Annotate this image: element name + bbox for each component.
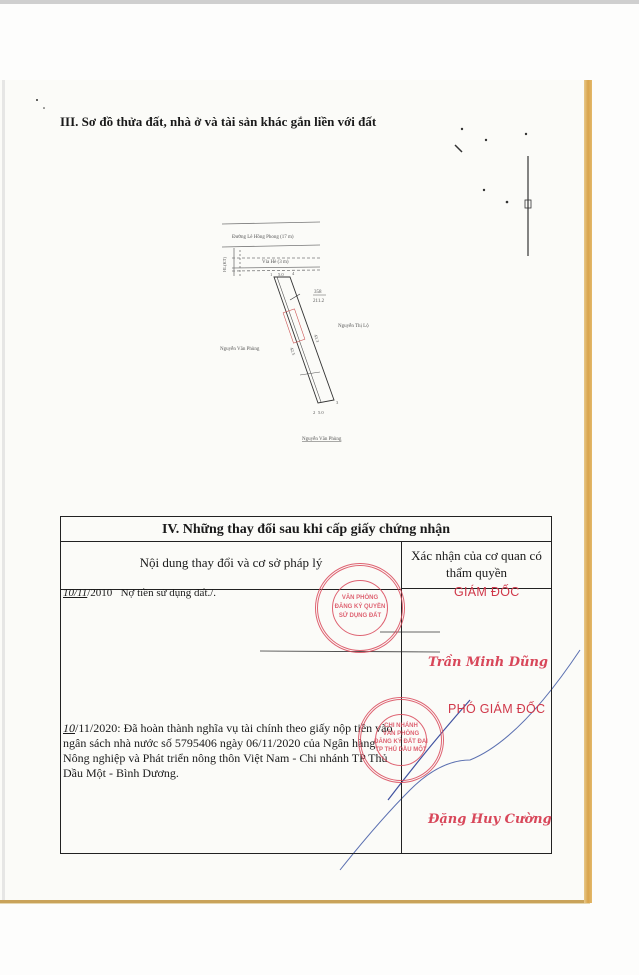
page-left-edge [2, 80, 5, 900]
section-3-title: III. Sơ đồ thửa đất, nhà ở và tài sản kh… [60, 114, 376, 130]
top-bar [0, 0, 639, 4]
signer-name-1: Trần Minh Dũng [428, 655, 548, 670]
changes-table: IV. Những thay đổi sau khi cấp giấy chứn… [60, 516, 552, 854]
change-entry-2020: 10/11/2020: Đã hoàn thành nghĩa vụ tài c… [63, 721, 401, 781]
signer-name-2: Đặng Huy Cường [428, 812, 552, 827]
signer-title-1: GIÁM ĐỐC [454, 585, 520, 599]
signer-title-2: PHÓ GIÁM ĐỐC [448, 702, 545, 716]
change-entry-2010: 10/11/2010 Nợ tiền sử dụng đất./. [63, 587, 216, 599]
entry-text: Nợ tiền sử dụng đất./. [121, 587, 217, 599]
page-binding-edge [584, 80, 592, 903]
col-confirmation-header: Xác nhận của cơ quan có thẩm quyền [401, 541, 551, 589]
section-4-title: IV. Những thay đổi sau khi cấp giấy chứn… [61, 517, 551, 542]
official-stamp-1: VĂN PHÒNG ĐĂNG KÝ QUYỀN SỬ DỤNG ĐẤT [315, 563, 405, 653]
official-stamp-2: CHI NHÁNH VĂN PHÒNG ĐĂNG KÝ ĐẤT ĐAI TP T… [358, 697, 444, 783]
